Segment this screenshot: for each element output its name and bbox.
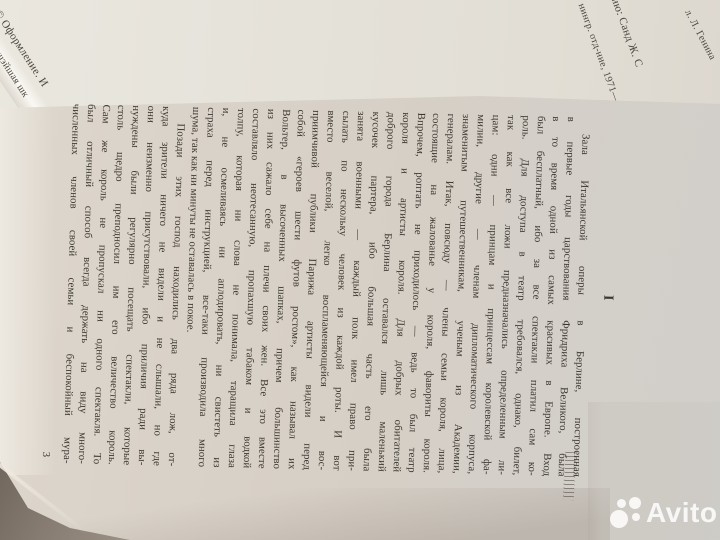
page-bottom-shadow <box>0 488 610 540</box>
copyright-editor: л. Л. Генина <box>682 8 718 62</box>
avito-watermark: Avito <box>610 494 717 532</box>
book-photo: © Оформление. И «Вышэйшая шк ию: Санд Ж.… <box>0 0 720 540</box>
copyright-source-author: ию: Санд Ж. С <box>609 0 645 69</box>
avito-wordmark: Avito <box>646 494 717 532</box>
book-page-3: I Зала Итальянской оперы в Берлине, пост… <box>40 103 621 478</box>
avito-logo-icon <box>610 494 646 532</box>
page-text: Зала Итальянской оперы в Берлине, постро… <box>59 104 593 478</box>
